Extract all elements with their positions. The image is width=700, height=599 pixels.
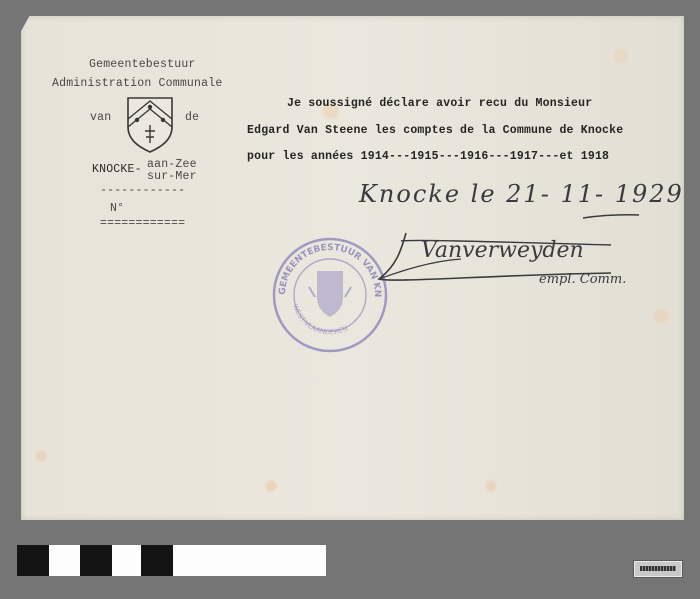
calibration-white-2: [112, 545, 141, 576]
document-page: Gemeentebestuur Administration Communale…: [21, 16, 684, 520]
letterhead-rule-equals: ============: [100, 217, 185, 230]
handwritten-title: empl. Comm.: [539, 272, 626, 287]
calibration-black-3: [141, 545, 173, 576]
color-calibration-strip: [17, 545, 326, 576]
handwritten-signature: Vanverweyden: [421, 238, 584, 263]
letterhead-town: KNOCKE-: [92, 163, 142, 176]
body-line3: pour les années 1914---1915---1916---191…: [247, 150, 609, 163]
stamp-crest-icon: [317, 271, 343, 317]
letterhead-de: de: [185, 111, 199, 124]
letterhead-rule-dashes: ------------: [100, 184, 185, 197]
body-line1: Je soussigné déclare avoir recu du Monsi…: [287, 97, 592, 110]
calibration-black-2: [80, 545, 112, 576]
letterhead-number-label: N°: [110, 202, 124, 215]
calibration-black-1: [17, 545, 49, 576]
letterhead-line1: Gemeentebestuur: [89, 58, 196, 71]
date-underline: [581, 211, 641, 221]
letterhead-town-suffix-2: sur-Mer: [147, 170, 197, 183]
calibration-white-1: [49, 545, 80, 576]
letterhead-line2: Administration Communale: [52, 77, 222, 90]
letterhead-van: van: [90, 111, 111, 124]
barcode-label-icon: [634, 561, 682, 577]
coat-of-arms-icon: [125, 95, 175, 153]
handwritten-place-date: Knocke le 21- 11- 1929: [359, 180, 684, 208]
calibration-white-3: [173, 545, 326, 576]
body-line2: Edgard Van Steene les comptes de la Comm…: [247, 124, 623, 137]
